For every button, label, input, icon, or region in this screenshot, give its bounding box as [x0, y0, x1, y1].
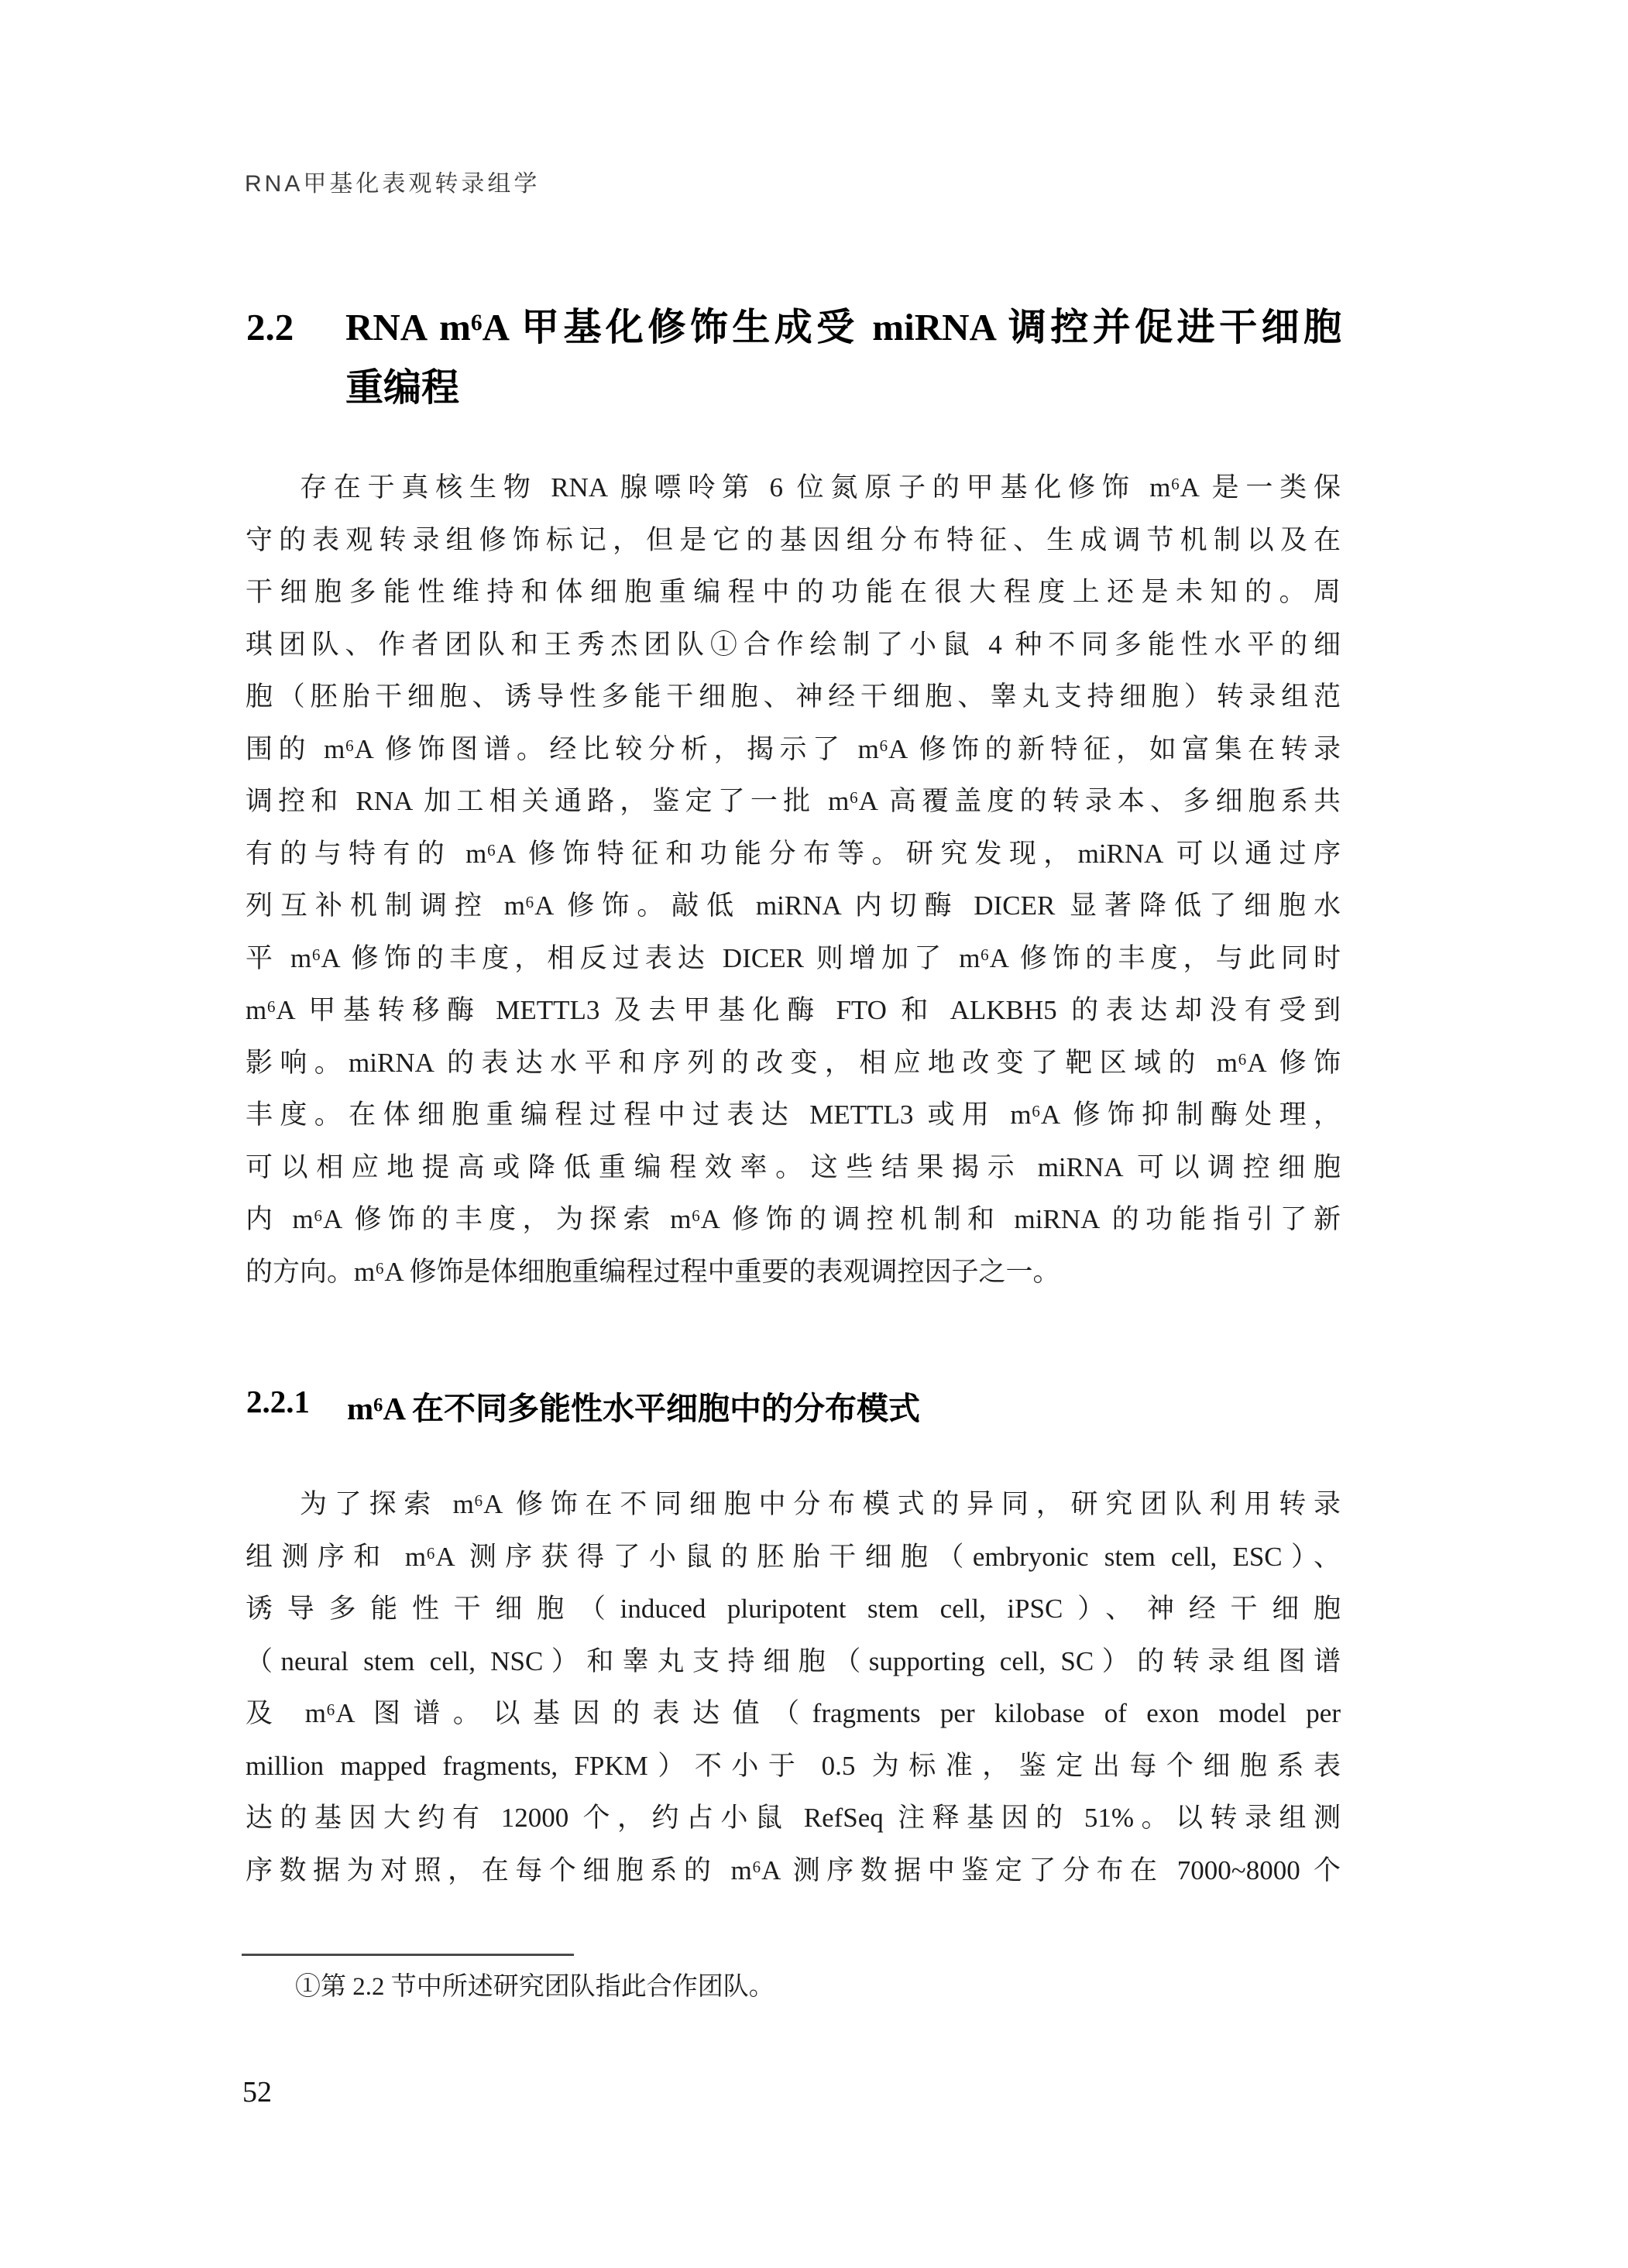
- paragraph-line: 内 m⁶A 修饰的丰度，为探索 m⁶A 修饰的调控机制和 miRNA 的功能指引…: [246, 1193, 1341, 1246]
- section-title: RNA m⁶A 甲基化修饰生成受 miRNA 调控并促进干细胞 重编程: [345, 297, 1341, 418]
- footnote-divider: [242, 1954, 574, 1956]
- paragraph-line: 平 m⁶A 修饰的丰度，相反过表达 DICER 则增加了 m⁶A 修饰的丰度，与…: [246, 932, 1341, 985]
- paragraph-line: 丰度。在体细胞重编程过程中过表达 METTL3 或用 m⁶A 修饰抑制酶处理，: [246, 1089, 1341, 1141]
- running-header: RNA甲基化表观转录组学: [245, 164, 540, 198]
- paragraph-line: 列互补机制调控 m⁶A 修饰。敲低 miRNA 内切酶 DICER 显著降低了细…: [246, 880, 1341, 932]
- section-heading: 2.2 RNA m⁶A 甲基化修饰生成受 miRNA 调控并促进干细胞 重编程: [246, 297, 1341, 418]
- section-title-line2: 重编程: [345, 358, 1341, 418]
- paragraph-line: 影响。miRNA 的表达水平和序列的改变，相应地改变了靶区域的 m⁶A 修饰: [246, 1037, 1341, 1089]
- paragraph-line: 有的与特有的 m⁶A 修饰特征和功能分布等。研究发现，miRNA 可以通过序: [246, 828, 1341, 880]
- subsection-number: 2.2.1: [246, 1383, 310, 1429]
- paragraph-line: 调控和 RNA 加工相关通路，鉴定了一批 m⁶A 高覆盖度的转录本、多细胞系共: [246, 775, 1341, 828]
- paragraph-line: 序数据为对照，在每个细胞系的 m⁶A 测序数据中鉴定了分布在 7000~8000…: [246, 1844, 1341, 1897]
- subsection-title: m⁶A 在不同多能性水平细胞中的分布模式: [347, 1383, 920, 1429]
- paragraph-line: 琪团队、作者团队和王秀杰团队①合作绘制了小鼠 4 种不同多能性水平的细: [246, 619, 1341, 671]
- section-title-line1: RNA m⁶A 甲基化修饰生成受 miRNA 调控并促进干细胞: [345, 297, 1341, 358]
- paragraph-1: 存在于真核生物 RNA 腺嘌呤第 6 位氮原子的甲基化修饰 m⁶A 是一类保 守…: [246, 461, 1341, 1298]
- paragraph-line: 守的表观转录组修饰标记，但是它的基因组分布特征、生成调节机制以及在: [246, 514, 1341, 567]
- section-number: 2.2: [246, 297, 345, 418]
- paragraph-line: 诱导多能性干细胞（induced pluripotent stem cell, …: [246, 1583, 1341, 1635]
- paragraph-line: 的方向。m⁶A 修饰是体细胞重编程过程中重要的表观调控因子之一。: [246, 1246, 1341, 1299]
- paragraph-line: （neural stem cell, NSC）和睾丸支持细胞（supportin…: [246, 1635, 1341, 1688]
- footnote: ①第 2.2 节中所述研究团队指此合作团队。: [246, 1968, 1341, 2006]
- paragraph-line: 达的基因大约有 12000 个，约占小鼠 RefSeq 注释基因的 51%。以转…: [246, 1792, 1341, 1844]
- page-number: 52: [242, 2075, 272, 2109]
- paragraph-line: 围的 m⁶A 修饰图谱。经比较分析，揭示了 m⁶A 修饰的新特征，如富集在转录: [246, 723, 1341, 776]
- paragraph-line: 存在于真核生物 RNA 腺嘌呤第 6 位氮原子的甲基化修饰 m⁶A 是一类保: [246, 461, 1341, 514]
- paragraph-line: 为了探索 m⁶A 修饰在不同细胞中分布模式的异同，研究团队利用转录: [246, 1478, 1341, 1531]
- paragraph-2: 为了探索 m⁶A 修饰在不同细胞中分布模式的异同，研究团队利用转录 组测序和 m…: [246, 1478, 1341, 1896]
- paragraph-line: 干细胞多能性维持和体细胞重编程中的功能在很大程度上还是未知的。周: [246, 566, 1341, 619]
- book-page: RNA甲基化表观转录组学 2.2 RNA m⁶A 甲基化修饰生成受 miRNA …: [0, 0, 1628, 2268]
- paragraph-line: 可以相应地提高或降低重编程效率。这些结果揭示 miRNA 可以调控细胞: [246, 1141, 1341, 1194]
- paragraph-line: m⁶A 甲基转移酶 METTL3 及去甲基化酶 FTO 和 ALKBH5 的表达…: [246, 984, 1341, 1037]
- paragraph-line: 组测序和 m⁶A 测序获得了小鼠的胚胎干细胞（embryonic stem ce…: [246, 1531, 1341, 1583]
- paragraph-line: 及 m⁶A 图谱。以基因的表达值（fragments per kilobase …: [246, 1687, 1341, 1740]
- paragraph-line: million mapped fragments, FPKM）不小于 0.5 为…: [246, 1740, 1341, 1793]
- paragraph-line: 胞（胚胎干细胞、诱导性多能干细胞、神经干细胞、睾丸支持细胞）转录组范: [246, 671, 1341, 723]
- subsection-heading: 2.2.1 m⁶A 在不同多能性水平细胞中的分布模式: [246, 1383, 1341, 1429]
